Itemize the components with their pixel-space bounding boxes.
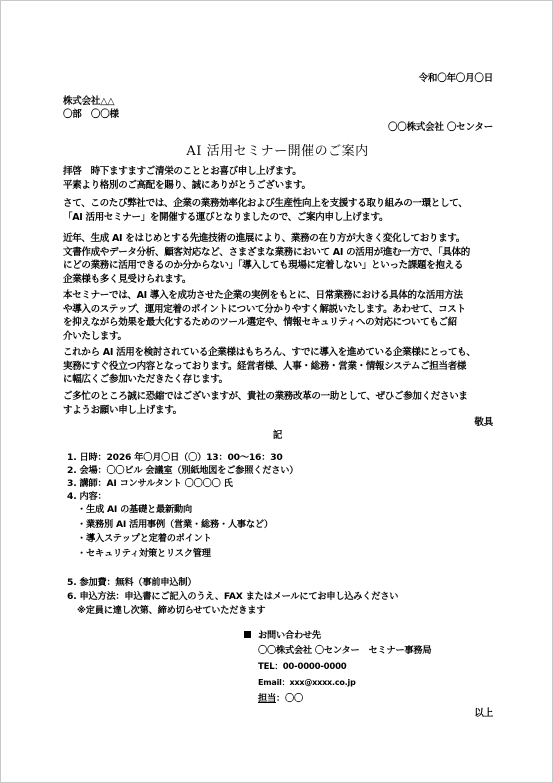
paragraph-line: さて、このたび弊社では、企業の業務効率化および生産性向上を支援する取り組みの一環… — [63, 197, 497, 211]
contact-person: 担当：〇〇 — [244, 691, 431, 707]
contact-block: お問い合わせ先 〇〇株式会社 〇センター セミナー事務局 TEL：00-0000… — [244, 628, 431, 707]
greeting: 拝啓 時下ますますご清栄のこととお喜び申し上げます。 平素より格別のご高配を賜り… — [63, 165, 497, 192]
contact-org: 〇〇株式会社 〇センター セミナー事務局 — [244, 643, 431, 659]
paragraph-line: に幅広くご参加いただきたく存じます。 — [63, 373, 497, 387]
recipient-person: 〇部 〇〇様 — [63, 109, 119, 121]
detail-item-content: 4. 内容： — [67, 490, 298, 503]
contact-heading-label: お問い合わせ先 — [258, 630, 321, 641]
details-heading: 記 — [1, 430, 553, 442]
content-bullet: ・生成 AI の基礎と最新動向 — [77, 503, 273, 518]
contact-tel: TEL：00-0000-0000 — [244, 659, 431, 675]
paragraph-line: すようお願い申し上げます。 — [63, 404, 497, 418]
paragraph-line: これから AI 活用を検討されている企業様はもちろん、すでに導入を進めている企業… — [63, 346, 497, 360]
contact-email: Email：xxx@xxxx.co.jp — [244, 675, 431, 691]
paragraph-line: にどの業務に活用できるのか分からない」「導入しても現場に定着しない」といった課題… — [63, 259, 497, 273]
detail-item-speaker: 3. 講師：AI コンサルタント 〇〇〇〇 氏 — [67, 477, 298, 490]
detail-item-datetime: 1. 日時：2026 年〇月〇日（〇）13：00～16：30 — [67, 451, 298, 464]
content-bullets: ・生成 AI の基礎と最新動向 ・業務別 AI 活用事例（営業・総務・人事など）… — [77, 503, 273, 561]
square-bullet-icon — [244, 631, 251, 638]
document-title: AI 活用セミナー開催のご案内 — [1, 140, 553, 159]
contact-person-label: 担当 — [258, 693, 276, 704]
paragraph-line: 近年、生成 AI をはじめとする先進技術の進展により、業務の在り方が大きく変化し… — [63, 232, 497, 246]
contact-heading: お問い合わせ先 — [244, 628, 431, 643]
greeting-line: 平素より格別のご高配を賜り、誠にありがとうございます。 — [63, 179, 497, 193]
content-bullet: ・セキュリティ対策とリスク管理 — [77, 547, 273, 562]
paragraph-line: 文書作成やデータ分析、顧客対応など、さまざまな業務において AI の活用が進む一… — [63, 246, 497, 260]
recipient-company: 株式会社△△ — [63, 96, 114, 108]
details-list-continued: 5. 参加費：無料（事前申込制） 6. 申込方法：申込書にご記入のうえ、FAX … — [67, 576, 398, 604]
greeting-line: 拝啓 時下ますますご清栄のこととお喜び申し上げます。 — [63, 165, 497, 179]
date: 令和〇年〇月〇日 — [419, 73, 493, 85]
paragraph-seminar-content: 本セミナーでは、AI 導入を成功させた企業の実例をもとに、日常業務における具体的… — [63, 289, 497, 343]
sender: 〇〇株式会社 〇センター — [388, 122, 493, 134]
detail-item-venue: 2. 会場：〇〇ビル 会議室（別紙地図をご参照ください） — [67, 464, 298, 477]
paragraph-line: 企業様も多く見受けられます。 — [63, 273, 497, 287]
paragraph-line: ご多忙のところ誠に恐縮ではございますが、貴社の業務改革の一助として、ぜひご参加く… — [63, 390, 497, 404]
closing-keigu: 敬具 — [474, 417, 493, 429]
paragraph-intro: さて、このたび弊社では、企業の業務効率化および生産性向上を支援する取り組みの一環… — [63, 197, 497, 224]
paragraph-line: や導入のステップ、運用定着のポイントについて分かりやすく解説いたします。あわせて… — [63, 303, 497, 317]
paragraph-audience: これから AI 活用を検討されている企業様はもちろん、すでに導入を進めている企業… — [63, 346, 497, 387]
paragraph-line: 本セミナーでは、AI 導入を成功させた企業の実例をもとに、日常業務における具体的… — [63, 289, 497, 303]
content-bullet: ・導入ステップと定着のポイント — [77, 532, 273, 547]
capacity-note: ※定員に達し次第、締め切らせていただきます — [77, 604, 265, 617]
paragraph-line: 介いたします。 — [63, 330, 497, 344]
document-page: 令和〇年〇月〇日 株式会社△△ 〇部 〇〇様 〇〇株式会社 〇センター AI 活… — [0, 0, 553, 783]
detail-item-fee: 5. 参加費：無料（事前申込制） — [67, 576, 398, 590]
paragraph-background: 近年、生成 AI をはじめとする先進技術の進展により、業務の在り方が大きく変化し… — [63, 232, 497, 286]
paragraph-line: を抑えながら効果を最大化するためのツール選定や、情報セキュリティへの対応について… — [63, 316, 497, 330]
paragraph-line: 実務にすぐ役立つ内容となっております。経営者様、人事・総務・営業・情報システムご… — [63, 360, 497, 374]
contact-person-value: ：〇〇 — [276, 693, 303, 704]
end-mark: 以上 — [474, 708, 493, 720]
detail-item-application: 6. 申込方法：申込書にご記入のうえ、FAX またはメールにてお申し込みください — [67, 590, 398, 604]
paragraph-line: 「AI 活用セミナー」を開催する運びとなりましたので、ご案内申し上げます。 — [63, 211, 497, 225]
details-list: 1. 日時：2026 年〇月〇日（〇）13：00～16：30 2. 会場：〇〇ビ… — [67, 451, 298, 503]
paragraph-request: ご多忙のところ誠に恐縮ではございますが、貴社の業務改革の一助として、ぜひご参加く… — [63, 390, 497, 417]
content-bullet: ・業務別 AI 活用事例（営業・総務・人事など） — [77, 518, 273, 533]
